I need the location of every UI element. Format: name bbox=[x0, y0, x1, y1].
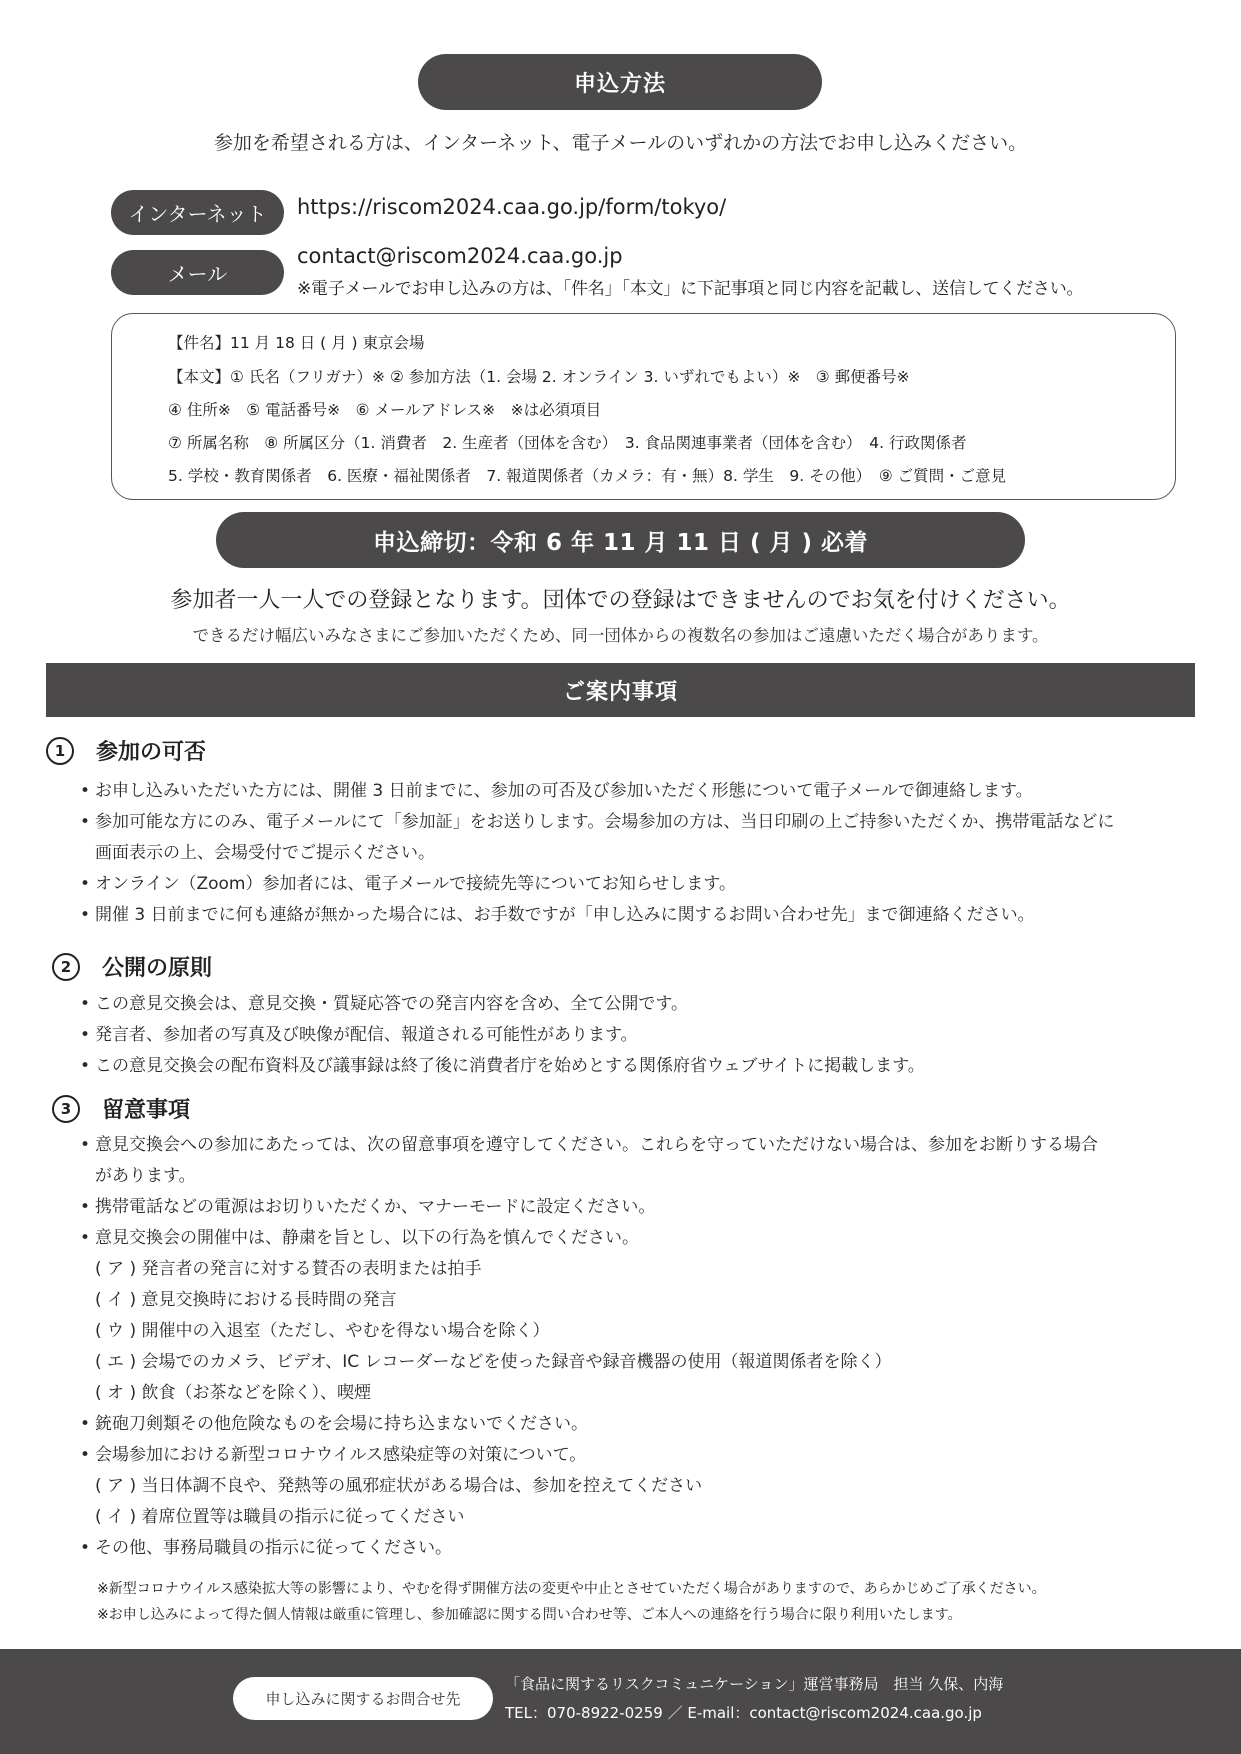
list-item: •お申し込みいただいた方には、開催 3 日前までに、参加の可否及び参加いただく形… bbox=[80, 776, 1033, 801]
sub-item: ( エ ) 会場でのカメラ、ビデオ、IC レコーダーなどを使った録音や録音機器の… bbox=[95, 1347, 892, 1372]
list-item: •意見交換会の開催中は、静粛を旨とし、以下の行為を慎んでください。 bbox=[80, 1223, 639, 1248]
section-title: 参加の可否 bbox=[96, 735, 206, 766]
contact-footer: 申し込みに関するお問合せ先 「食品に関するリスクコミュニケーション」運営事務局 … bbox=[0, 1649, 1241, 1754]
registration-notice: 参加者一人一人での登録となります。団体での登録はできませんのでお気を付けください… bbox=[0, 583, 1241, 614]
section-heading-notes: 3 留意事項 bbox=[52, 1093, 190, 1124]
circled-number-icon: 1 bbox=[46, 737, 74, 765]
list-item: •携帯電話などの電源はお切りいただくか、マナーモードに設定ください。 bbox=[80, 1192, 655, 1217]
template-body-line: ④ 住所※ ⑤ 電話番号※ ⑥ メールアドレス※ ※は必須項目 bbox=[168, 398, 601, 420]
registration-subnotice: できるだけ幅広いみなさまにご参加いただくため、同一団体からの複数名の参加はご遠慮… bbox=[0, 622, 1241, 646]
section-heading-disclosure: 2 公開の原則 bbox=[52, 951, 212, 982]
list-item: •会場参加における新型コロナウイルス感染症等の対策について。 bbox=[80, 1440, 586, 1465]
list-item: •オンライン（Zoom）参加者には、電子メールで接続先等についてお知らせします。 bbox=[80, 869, 736, 894]
list-item: •発言者、参加者の写真及び映像が配信、報道される可能性があります。 bbox=[80, 1020, 638, 1045]
list-item-continuation: があります。 bbox=[95, 1161, 196, 1186]
footnote: ※新型コロナウイルス感染拡大等の影響により、やむを得ず開催方法の変更や中止とさせ… bbox=[97, 1578, 1046, 1598]
template-body-line: ⑦ 所属名称 ⑧ 所属区分（1. 消費者 2. 生産者（団体を含む） 3. 食品… bbox=[168, 431, 967, 453]
circled-number-icon: 3 bbox=[52, 1095, 80, 1123]
contact-email-link[interactable]: contact@riscom2024.caa.go.jp bbox=[297, 244, 623, 268]
contact-label-pill: 申し込みに関するお問合せ先 bbox=[233, 1677, 493, 1720]
list-item: •意見交換会への参加にあたっては、次の留意事項を遵守してください。これらを守って… bbox=[80, 1130, 1098, 1155]
list-item: •参加可能な方にのみ、電子メールにて「参加証」をお送りします。会場参加の方は、当… bbox=[80, 807, 1114, 832]
guide-section-bar: ご案内事項 bbox=[46, 663, 1195, 717]
list-item: •この意見交換会の配布資料及び議事録は終了後に消費者庁を始めとする関係府省ウェブ… bbox=[80, 1051, 925, 1076]
list-item: •その他、事務局職員の指示に従ってください。 bbox=[80, 1533, 452, 1558]
sub-item: ( イ ) 着席位置等は職員の指示に従ってください bbox=[95, 1502, 464, 1527]
list-item: •銃砲刀剣類その他危険なものを会場に持ち込まないでください。 bbox=[80, 1409, 588, 1434]
circled-number-icon: 2 bbox=[52, 953, 80, 981]
section-title-application-method: 申込方法 bbox=[418, 54, 822, 110]
list-item: •開催 3 日前までに何も連絡が無かった場合には、お手数ですが「申し込みに関する… bbox=[80, 900, 1035, 925]
sub-item: ( ウ ) 開催中の入退室（ただし、やむを得ない場合を除く） bbox=[95, 1316, 549, 1341]
contact-office: 「食品に関するリスクコミュニケーション」運営事務局 担当 久保、内海 bbox=[505, 1673, 1003, 1694]
sub-item: ( オ ) 飲食（お茶などを除く）、喫煙 bbox=[95, 1378, 371, 1403]
intro-text: 参加を希望される方は、インターネット、電子メールのいずれかの方法でお申し込みくだ… bbox=[0, 128, 1241, 155]
deadline-banner: 申込締切：令和 6 年 11 月 11 日 ( 月 ) 必着 bbox=[216, 512, 1025, 568]
list-item-continuation: 画面表示の上、会場受付でご提示ください。 bbox=[95, 838, 435, 863]
section-title: 留意事項 bbox=[102, 1093, 190, 1124]
email-template-box: 【件名】11 月 18 日 ( 月 ) 東京会場 【本文】① 氏名（フリガナ）※… bbox=[111, 313, 1176, 500]
template-body-line: 【本文】① 氏名（フリガナ）※ ② 参加方法（1. 会場 2. オンライン 3.… bbox=[168, 365, 910, 387]
sub-item: ( ア ) 発言者の発言に対する賛否の表明または拍手 bbox=[95, 1254, 481, 1279]
template-body-line: 5. 学校・教育関係者 6. 医療・福祉関係者 7. 報道関係者（カメラ：有・無… bbox=[168, 464, 1006, 486]
mail-badge: メール bbox=[111, 250, 284, 295]
section-heading-participation: 1 参加の可否 bbox=[46, 735, 206, 766]
sub-item: ( イ ) 意見交換時における長時間の発言 bbox=[95, 1285, 396, 1310]
internet-badge: インターネット bbox=[111, 190, 284, 235]
mail-instruction-note: ※電子メールでお申し込みの方は、「件名」「本文」に下記事項と同じ内容を記載し、送… bbox=[297, 274, 1083, 299]
registration-url-link[interactable]: https://riscom2024.caa.go.jp/form/tokyo/ bbox=[297, 195, 726, 219]
list-item: •この意見交換会は、意見交換・質疑応答での発言内容を含め、全て公開です。 bbox=[80, 989, 688, 1014]
contact-phone-email[interactable]: TEL：070-8922-0259 ／ E-mail：contact@risco… bbox=[505, 1702, 982, 1723]
section-title: 公開の原則 bbox=[102, 951, 212, 982]
template-subject-line: 【件名】11 月 18 日 ( 月 ) 東京会場 bbox=[168, 331, 425, 353]
footnote: ※お申し込みによって得た個人情報は厳重に管理し、参加確認に関する問い合わせ等、ご… bbox=[97, 1604, 962, 1624]
sub-item: ( ア ) 当日体調不良や、発熱等の風邪症状がある場合は、参加を控えてください bbox=[95, 1471, 702, 1496]
